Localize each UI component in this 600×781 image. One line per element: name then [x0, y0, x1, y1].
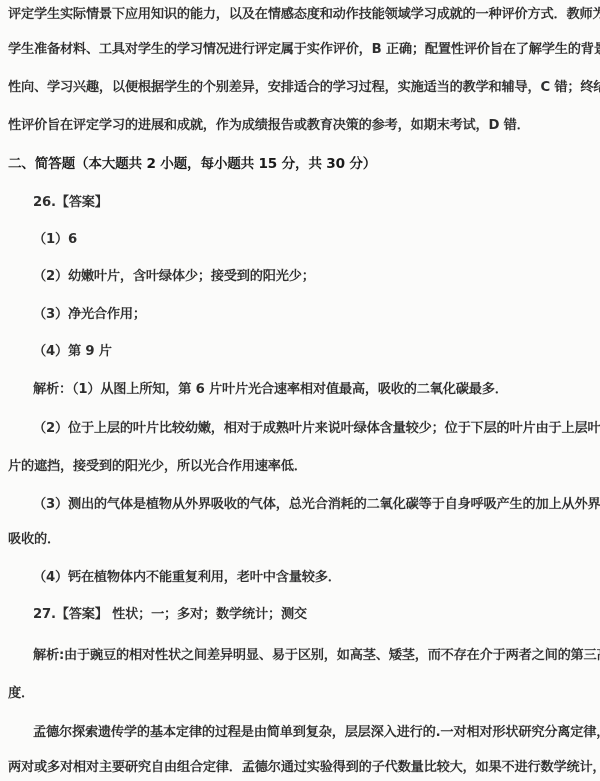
q26-analysis-line-2a: （2）位于上层的叶片比较幼嫩，相对于成熟叶片来说叶绿体含量较少；位于下层的叶片由…	[33, 420, 600, 438]
q26-analysis-line-1: 解析：（1）从图上所知，第 6 片叶片光合速率相对值最高，吸收的二氧化碳最多．	[33, 381, 508, 399]
q26-answer-label: 26.【答案】	[33, 194, 108, 212]
intro-analysis-line-4: 性评价旨在评定学习的进展和成就，作为成绩报告或教育决策的参考，如期末考试，D 错…	[8, 117, 530, 135]
q27-analysis-line-1b: 度．	[8, 685, 34, 703]
q26-analysis-line-4: （4）钙在植物体内不能重复利用，老叶中含量较多．	[33, 569, 341, 587]
q26-answer-item-4: （4）第 9 片	[33, 343, 112, 361]
answer-sheet-page: 评定学生实际情景下应用知识的能力，以及在情感态度和动作技能领域学习成就的一种评价…	[0, 0, 600, 781]
q27-answer-line: 27.【答案】 性状；一；多对；数学统计；测交	[33, 606, 307, 624]
q26-analysis-line-2b: 片的遮挡，接受到的阳光少，所以光合作用速率低．	[8, 458, 307, 476]
intro-analysis-line-2: 学生准备材料、工具对学生的学习情况进行评定属于实作评价，B 正确；配置性评价旨在…	[8, 41, 600, 59]
q26-answer-item-2: （2）幼嫩叶片，含叶绿体少；接受到的阳光少；	[33, 268, 315, 286]
q26-answer-item-3: （3）净光合作用；	[33, 306, 146, 324]
q27-analysis-line-1a: 解析:由于豌豆的相对性状之间差异明显、易于区别，如高茎、矮茎，而不存在介于两者之…	[33, 647, 600, 665]
q27-analysis-line-2b: 两对或多对相对主要研究自由组合定律．孟德尔通过实验得到的子代数量比较大，如果不进…	[8, 759, 600, 777]
section-heading: 二、简答题（本大题共 2 小题，每小题共 15 分，共 30 分）	[8, 155, 376, 173]
intro-analysis-line-3: 性向、学习兴趣，以便根据学生的个别差异，安排适合的学习过程，实施适当的教学和辅导…	[8, 79, 600, 97]
q26-analysis-line-3a: （3）测出的气体是植物从外界吸收的气体，总光合消耗的二氧化碳等于自身呼吸产生的加…	[33, 496, 600, 514]
q27-analysis-line-2a: 孟德尔探索遗传学的基本定律的过程是由简单到复杂，层层深入进行的.一对相对形状研究…	[33, 724, 600, 742]
q26-analysis-line-3b: 吸收的．	[8, 531, 60, 549]
q26-answer-item-1: （1）6	[33, 231, 77, 249]
intro-analysis-line-1: 评定学生实际情景下应用知识的能力，以及在情感态度和动作技能领域学习成就的一种评价…	[8, 6, 600, 24]
